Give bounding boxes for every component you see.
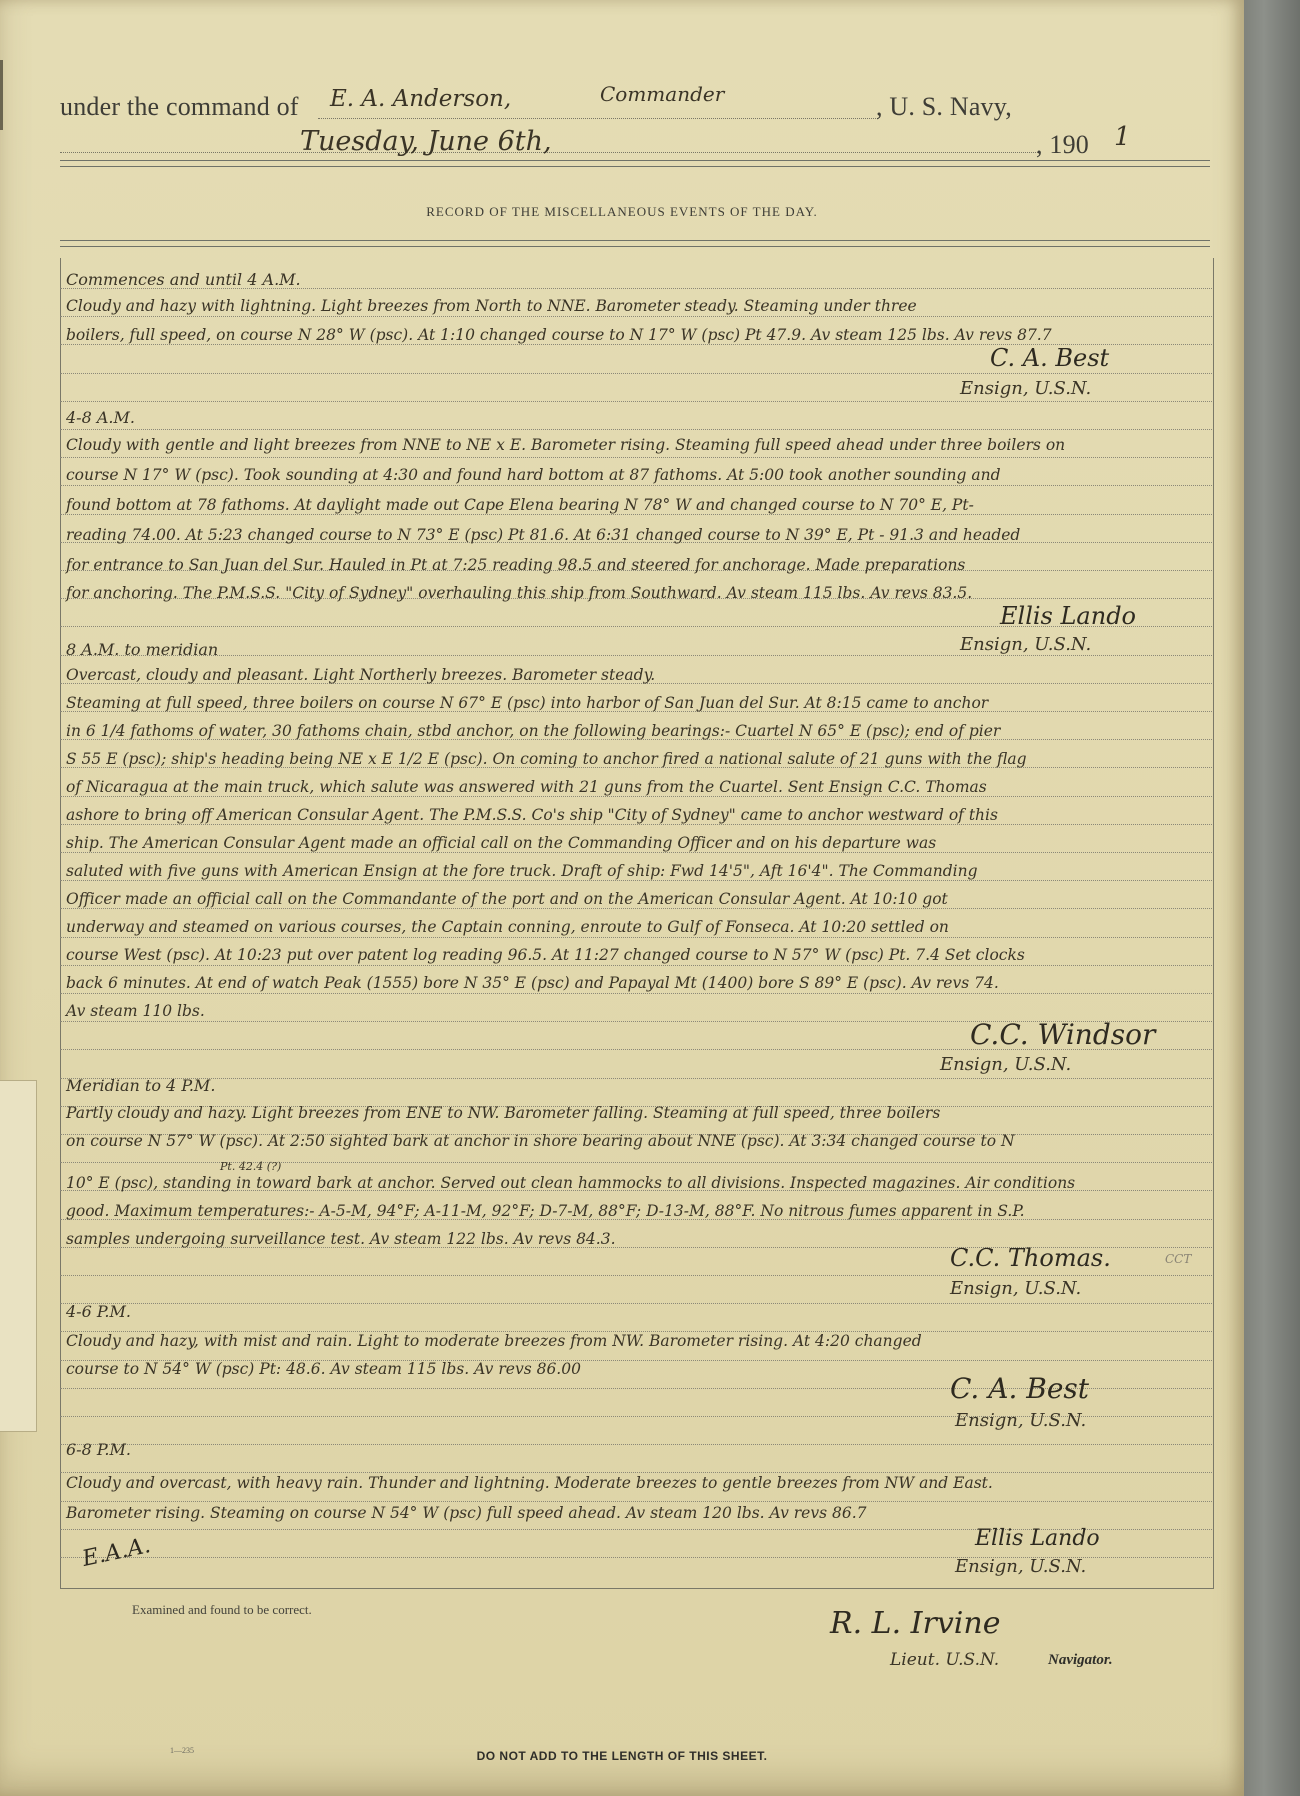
ruled-line [60,796,1212,797]
entry-line: Officer made an official call on the Com… [66,890,948,908]
ruled-line [60,429,1212,430]
entry-line: 10° E (psc), standing in toward bark at … [66,1174,1075,1192]
entry-line: found bottom at 78 fathoms. At daylight … [66,496,974,514]
officer-signature: C.C. Thomas. [950,1244,1111,1272]
entry-line: course N 17° W (psc). Took sounding at 4… [66,466,1001,484]
officer-rank: Ensign, U.S.N. [955,1556,1086,1577]
ruled-line [60,457,1212,458]
entry-line: Barometer rising. Steaming on course N 5… [66,1504,867,1522]
record-title: RECORD OF THE MISCELLANEOUS EVENTS OF TH… [0,204,1244,220]
officer-signature: C.C. Windsor [970,1018,1155,1051]
officer-rank: Ensign, U.S.N. [940,1054,1071,1075]
entry-line: underway and steamed on various courses,… [66,918,949,936]
officer-initials: CCT [1165,1252,1191,1266]
ruled-line [60,852,1212,853]
log-page: under the command of E. A. Anderson, Com… [0,0,1244,1796]
ruled-line [60,880,1212,881]
ruled-line [60,1275,1212,1276]
officer-rank: Ensign, U.S.N. [955,1410,1086,1431]
watch-heading: 4-8 A.M. [66,408,135,427]
navigator-rank: Lieut. U.S.N. [890,1650,999,1670]
entry-line: on course N 57° W (psc). At 2:50 sighted… [66,1132,1015,1150]
ruled-line [60,965,1212,966]
ruled-line [60,908,1212,909]
ruled-line [60,937,1212,938]
ruled-line [60,373,1212,374]
ruled-line [60,655,1212,656]
navigator-signature: R. L. Irvine [830,1606,1000,1641]
entry-line: ship. The American Consular Agent made a… [66,834,936,852]
entry-line: Cloudy and overcast, with heavy rain. Th… [66,1474,993,1492]
entry-line: Steaming at full speed, three boilers on… [66,694,988,712]
entry-line: for entrance to San Juan del Sur. Hauled… [66,556,965,574]
entry-line: Cloudy with gentle and light breezes fro… [66,436,1065,454]
officer-signature: Ellis Lando [975,1526,1100,1551]
officer-rank: Ensign, U.S.N. [960,634,1091,655]
watch-heading: Meridian to 4 P.M. [66,1076,215,1095]
interlinear-note: Pt. 42.4 (?) [220,1160,281,1173]
officer-signature: Ellis Lando [1000,602,1136,630]
entry-line: in 6 1/4 fathoms of water, 30 fathoms ch… [66,722,1000,740]
watch-heading: 8 A.M. to meridian [66,640,218,659]
ruled-line [60,1472,1212,1473]
ruled-line [60,401,1212,402]
entry-line: Cloudy and hazy, with mist and rain. Lig… [66,1332,922,1350]
log-date: Tuesday, June 6th, [300,126,552,157]
ruled-line [60,1501,1212,1502]
ruled-line [60,1078,1212,1079]
entry-line: Overcast, cloudy and pleasant. Light Nor… [66,666,655,684]
entry-line: course West (psc). At 10:23 put over pat… [66,946,1025,964]
commander-name: E. A. Anderson, [330,86,511,112]
entry-line: Av steam 110 lbs. [66,1002,205,1020]
entry-line: back 6 minutes. At end of watch Peak (15… [66,974,999,992]
entry-line: Cloudy and hazy with lightning. Light br… [66,297,917,315]
ruled-line [60,316,1212,317]
year-suffix: 1 [1114,122,1131,152]
officer-signature: C. A. Best [990,344,1109,372]
year-prefix: , 190 [1036,130,1089,160]
commander-rank: Commander [600,82,724,106]
commander-underline [318,118,878,119]
header-rule [60,160,1210,167]
page-edge-mark [0,60,3,130]
watch-heading: Commences and until 4 A.M. [66,270,301,289]
watch-heading: 6-8 P.M. [66,1440,131,1459]
service-label: , U. S. Navy, [876,92,1012,122]
examined-text: Examined and found to be correct. [132,1602,312,1618]
ruled-line [60,1303,1212,1304]
entry-line: good. Maximum temperatures:- A-5-M, 94°F… [66,1202,1025,1220]
entry-line: reading 74.00. At 5:23 changed course to… [66,526,1020,544]
ruled-line [60,514,1212,515]
entry-line: course to N 54° W (psc) Pt: 48.6. Av ste… [66,1360,581,1378]
ruled-line [60,485,1212,486]
navigator-label: Navigator. [1048,1652,1113,1669]
entry-line: saluted with five guns with American Ens… [66,862,978,880]
officer-rank: Ensign, U.S.N. [960,378,1091,399]
length-warning: DO NOT ADD TO THE LENGTH OF THIS SHEET. [0,1749,1244,1763]
command-line: under the command of [60,92,299,122]
command-prefix: under the command of [60,92,299,121]
watch-heading: 4-6 P.M. [66,1302,131,1321]
ruled-line [60,824,1212,825]
officer-rank: Ensign, U.S.N. [950,1278,1081,1299]
book-binding [1240,0,1300,1796]
entry-line: Partly cloudy and hazy. Light breezes fr… [66,1104,940,1122]
ruled-line [60,993,1212,994]
entry-line: of Nicaragua at the main truck, which sa… [66,778,987,796]
entry-line: boilers, full speed, on course N 28° W (… [66,326,1052,344]
entry-line: S 55 E (psc); ship's heading being NE x … [66,750,1027,768]
entry-line: ashore to bring off American Consular Ag… [66,806,998,824]
officer-signature: C. A. Best [950,1372,1089,1405]
record-title-rule [60,240,1210,247]
page-tab [0,1080,37,1432]
ruled-line [60,1444,1212,1445]
entry-line: samples undergoing surveillance test. Av… [66,1230,616,1248]
entry-line: for anchoring. The P.M.S.S. "City of Syd… [66,584,972,602]
